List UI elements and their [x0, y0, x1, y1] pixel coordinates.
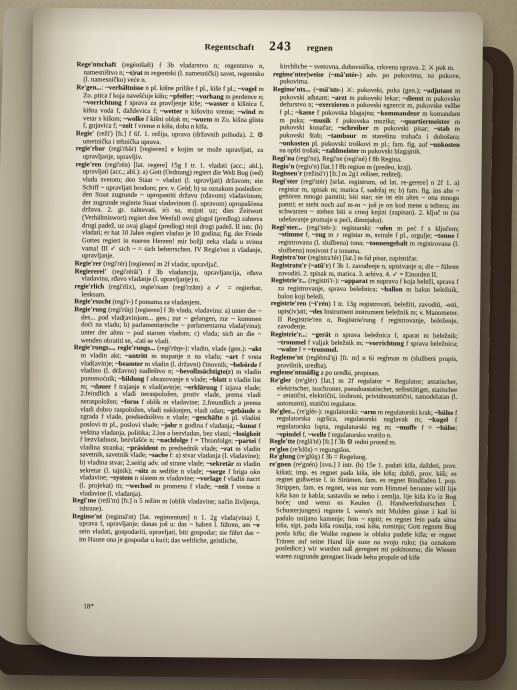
- dictionary-entry: Re'gen...: ~verhältnisse n pl. kišne pri…: [76, 84, 264, 132]
- right-column: kirchliche ~ svetovna, duhovnička, crkve…: [268, 63, 461, 617]
- dictionary-entry: Re'gler... (re'glér-): regulatorski: ~ar…: [269, 408, 457, 440]
- dictionary-entry: Registrie'r...: ~gerät n sprava beležnic…: [270, 331, 458, 356]
- dictionary-entry: Regi'me (reži'm) [fr.] n 5 režim m (obli…: [72, 498, 260, 515]
- footer-signature: 18*: [83, 602, 94, 610]
- dictionary-entry: regime'nter|weise (~mä'ntér-) adv. po pu…: [273, 71, 461, 88]
- dictionary-entry: re'gnen (re'gnén) [svn.] I intr. (h) 15e…: [268, 461, 456, 562]
- dictionary-entry: regie'ren (regi'rén) [lat. regere] 15g I…: [75, 161, 263, 262]
- header-left-word: Regentschaft: [205, 42, 255, 52]
- dictionary-entry: Re'gler (re'glér) [lat.] m 2f regulator …: [270, 377, 458, 409]
- header-right-word: regnen: [307, 42, 333, 52]
- dictionary-entry: Regi'ster... (regi'stér-): registarski: …: [271, 224, 459, 256]
- text-columns: Rege'ntschaft (regéntšaft) f 3b vladarst…: [71, 61, 460, 617]
- dictionary-entry: Regiererei' (regi'rérāi') f 3b vladancij…: [74, 268, 262, 285]
- dictionary-page: Regentschaft 243 regnen Rege'ntschaft (r…: [27, 8, 483, 660]
- dictionary-entry: Registrie'r... (registri'r-): ~apparat m…: [271, 278, 459, 303]
- dictionary-entry: Regime'nt (regimä'nt) [lat. regimentum] …: [72, 513, 260, 545]
- dictionary-entry: Regleme'nt (reglémā'ŋ) [fr. m] n 6i regl…: [270, 354, 458, 371]
- page-content: Regentschaft 243 regnen Rege'ntschaft (r…: [71, 30, 461, 626]
- page-number: 243: [269, 38, 292, 54]
- dictionary-entry: regie'rbar (regi'rbār) [regieren] a koji…: [76, 145, 264, 162]
- dictionary-entry: Regi'ster (regi'stér) [srlat. registrum,…: [272, 178, 460, 226]
- dictionary-entry: Rege'ntschaft (regéntšaft) f 3b vladarst…: [76, 61, 264, 86]
- left-column: Rege'ntschaft (regéntšaft) f 3b vladarst…: [71, 61, 264, 615]
- running-header: Regentschaft 243 regnen: [77, 36, 461, 56]
- dictionary-entry: Regie'rungs..., regie'rungs... (regi'rūŋ…: [72, 345, 261, 500]
- dictionary-entry: Regime'nts... (~mä'nts-) ⚔: pukovski, pu…: [272, 86, 460, 157]
- dictionary-entry: registrie'ren (~i'rén) I tr. 13g registr…: [271, 300, 459, 332]
- dictionary-entry: Regie'rung (regi'rūŋ) [regieren] f 3b vl…: [74, 306, 262, 346]
